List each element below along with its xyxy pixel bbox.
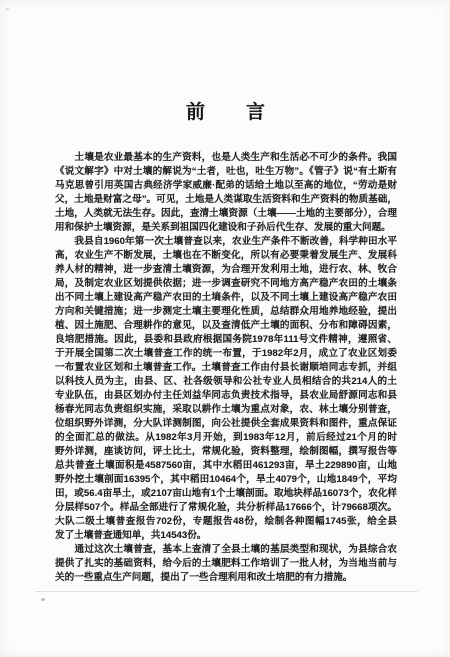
text-line: 良培肥措施。因此，县委和县政府根据国务院1978年111号文件精神，遵照省、地委… — [55, 333, 397, 347]
text-line: 分层样507个。样品全部进行了常规化验，共分析样品17666个，计79668项次… — [55, 501, 397, 515]
page-title: 前 言 — [55, 97, 397, 124]
text-line: 我县自1960年第一次土壤普查以来，农业生产条件不断改善，科学种田水平不断提 — [55, 235, 397, 249]
text-line: 提供了扎实的基础资料，给今后的土壤肥料工作培训了一批人材，为当地当前与土肥有 — [55, 557, 397, 571]
document-body: 土壤是农业最基本的生产资料，也是人类生产和生活必不可少的条件。我国古籍 《说文解… — [55, 151, 397, 585]
text-line: 父，土地是财富之母”。可见，土地是人类谋取生活资料和生产资料的物质基础，没有 — [55, 193, 397, 207]
scan-artifact-speck — [6, 8, 9, 10]
text-line: 大队二级土壤普查报告702份，专题报告48份，绘制各种图幅1745张，给全县65… — [55, 515, 397, 529]
text-line: 田，或56.4亩旱土，或2107亩山地有1个土壤剖面。取地块样品16073个，农… — [55, 487, 397, 501]
text-line: 养人材的精神，进一步查清土壤资源，为合理开发利用土地，进行农、林、牧合理布 — [55, 263, 397, 277]
text-line: 杨春光同志负责组织实施，采取以耕作土壤为重点对象，农、林土壤分别普查，以公社为单 — [55, 403, 397, 417]
text-line: 位组织野外详测，分大队详测制图，向公社提供全套成果资料和图件，重点保证县级成果 — [55, 417, 397, 431]
text-line: 一布置农业区划和土壤普查工作。土壤普查工作由付县长谢顺培同志专抓，并组织一支 — [55, 361, 397, 375]
text-line: 土壤是农业最基本的生产资料，也是人类生产和生活必不可少的条件。我国古籍 — [55, 151, 397, 165]
text-line: 通过这次土壤普查，基本上查清了全县土壤的基层类型和现状，为县综合农业区划 — [55, 543, 397, 557]
text-line: 局，及制定农业区划提供依据；进一步调查研究不同地方高产稳产农田的土壤条件，提 — [55, 277, 397, 291]
document-page: 前 言 土壤是农业最基本的生产资料，也是人类生产和生活必不可少的条件。我国古籍 … — [55, 97, 397, 585]
text-line: 方向和关键措施；进一步测定土壤主要理化性质，总结群众用地养地经验，提出因土种 — [55, 305, 397, 319]
scanned-page-canvas: 前 言 土壤是农业最基本的生产资料，也是人类生产和生活必不可少的条件。我国古籍 … — [0, 0, 450, 657]
text-line: 野外挖土壤剖面16395个，其中稻田10464个，旱土4079个，山地1849个… — [55, 473, 397, 487]
text-line: 专业队伍，由县区划办付主任刘益华同志负责技术指导，县农业局舒源同志和县林业局 — [55, 389, 397, 403]
text-line: 总共普查土壤面积是4587560亩，其中水稻田461293亩，旱土229890亩… — [55, 459, 397, 473]
text-line: 于开展全国第二次土壤普查工作的统一布置，于1982年2月，成立了农业区划委员会，… — [55, 347, 397, 361]
text-line: 野外详测，座谈访问，评土比土，常规化验，资料整理，绘制图幅，撰写报告等程序， — [55, 445, 397, 459]
text-line: 发了土壤普查通知单，共14543份。 — [55, 529, 397, 543]
text-line: 以科技人员为主，由县、区、社各级领导和公社专业人员相结合的共214人的土壤普查 — [55, 375, 397, 389]
text-line: 马克思曾引用英国古典经济学家威廉·配弟的话给土地以至高的地位，“劳动是财富之 — [55, 179, 397, 193]
scan-artifact-line — [36, 591, 418, 592]
text-line: 高，农业生产不断发展，土壤也在不断变化，所以有必要秉着发展生产、发展科学和培 — [55, 249, 397, 263]
text-line: 土地，人类就无法生存。因此，查清土壤资源（土壤——土地的主要部分），合理地利 — [55, 207, 397, 221]
text-line: 《说文解字》中对土壤的解说为“土者，吐也，吐生万物”。《管子》说“有土斯有财”， — [55, 165, 397, 179]
scan-artifact-speck — [41, 598, 45, 601]
text-line: 用和保护土壤资源，是关系到祖国四化建设和子孙后代生存、发展的重大问题。 — [55, 221, 397, 235]
text-line: 植、因土施肥、合理耕作的意见，以及查清低产土壤的面积、分布和障碍因素，拟定改 — [55, 319, 397, 333]
text-line: 关的一些重点生产问题，提出了一些合理利用和改土培肥的有力措施。 — [55, 571, 397, 585]
text-line: 出不同土壤上建设高产稳产农田的土墒条件，以及不同土壤上建设高产稳产农田的主攻 — [55, 291, 397, 305]
text-line: 的全面汇总的做法。从1982年3月开始，到1983年12月，前后经过21个月的时… — [55, 431, 397, 445]
